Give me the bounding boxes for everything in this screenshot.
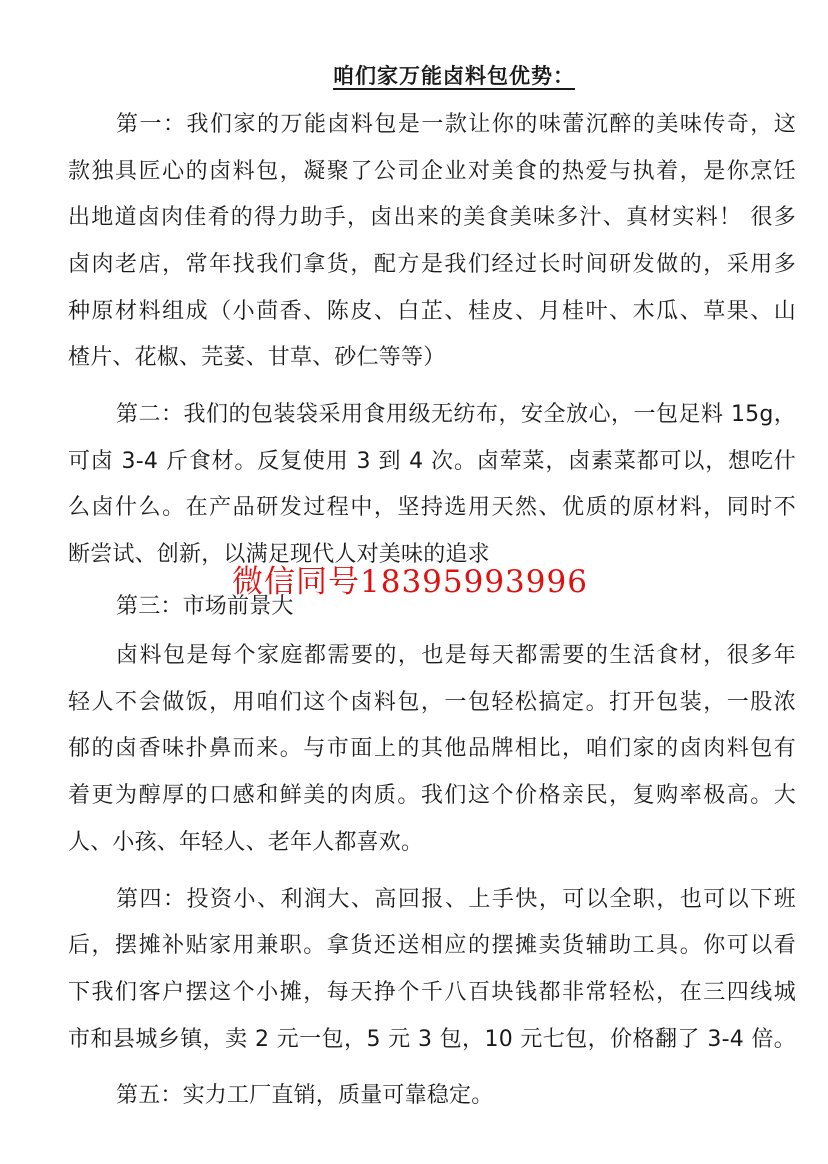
section-4-line-3: 下我们客户摆这个小摊，每天挣个千八百块钱都非常轻松，在三四线城 (68, 978, 796, 1008)
section-1-line-2: 款独具匠心的卤料包，凝聚了公司企业对美食的热爱与执着，是你烹饪 (68, 157, 796, 187)
section-3-heading: 第三：市场前景大 (116, 592, 796, 622)
section-1-line-1: 第一：我们家的万能卤料包是一款让你的味蕾沉醉的美味传奇，这 (116, 110, 796, 140)
section-3-line-3: 郁的卤香味扑鼻而来。与市面上的其他品牌相比，咱们家的卤肉料包有 (68, 734, 796, 764)
section-3-line-5: 人、小孩、年轻人、老年人都喜欢。 (68, 828, 796, 858)
section-2-line-3: 么卤什么。在产品研发过程中，坚持选用天然、优质的原材料，同时不 (68, 493, 796, 523)
section-4-line-1: 第四：投资小、利润大、高回报、上手快，可以全职，也可以下班 (116, 885, 796, 915)
section-3-line-1: 卤料包是每个家庭都需要的，也是每天都需要的生活食材，很多年 (116, 641, 796, 671)
section-2-line-1: 第二：我们的包装袋采用食用级无纺布，安全放心，一包足料 15g， (116, 400, 796, 430)
section-4-line-2: 后，摆摊补贴家用兼职。拿货还送相应的摆摊卖货辅助工具。你可以看 (68, 931, 796, 961)
section-3-line-4: 着更为醇厚的口感和鲜美的肉质。我们这个价格亲民，复购率极高。大 (68, 781, 796, 811)
document-page: 咱们家万能卤料包优势： 第一：我们家的万能卤料包是一款让你的味蕾沉醉的美味传奇，… (0, 0, 828, 1164)
section-1-line-4: 卤肉老店，常年找我们拿货，配方是我们经过长时间研发做的，采用多 (68, 250, 796, 280)
section-1-line-6: 楂片、花椒、芫荽、甘草、砂仁等等） (68, 343, 796, 373)
section-2-line-2: 可卤 3-4 斤食材。反复使用 3 到 4 次。卤荤菜，卤素菜都可以，想吃什 (68, 447, 796, 477)
section-5-line-1: 第五：实力工厂直销，质量可靠稳定。 (116, 1081, 796, 1111)
section-4-line-4: 市和县城乡镇，卖 2 元一包，5 元 3 包，10 元七包，价格翻了 3-4 倍… (68, 1025, 796, 1055)
document-title-text: 咱们家万能卤料包优势： (333, 64, 575, 88)
section-1-line-3: 出地道卤肉佳肴的得力助手，卤出来的美食美味多汁、真材实料！ 很多 (68, 203, 796, 233)
document-title: 咱们家万能卤料包优势： (0, 60, 828, 90)
section-1-line-5: 种原材料组成（小茴香、陈皮、白芷、桂皮、月桂叶、木瓜、草果、山 (68, 297, 796, 327)
section-3-line-2: 轻人不会做饭，用咱们这个卤料包，一包轻松搞定。打开包装，一股浓 (68, 688, 796, 718)
